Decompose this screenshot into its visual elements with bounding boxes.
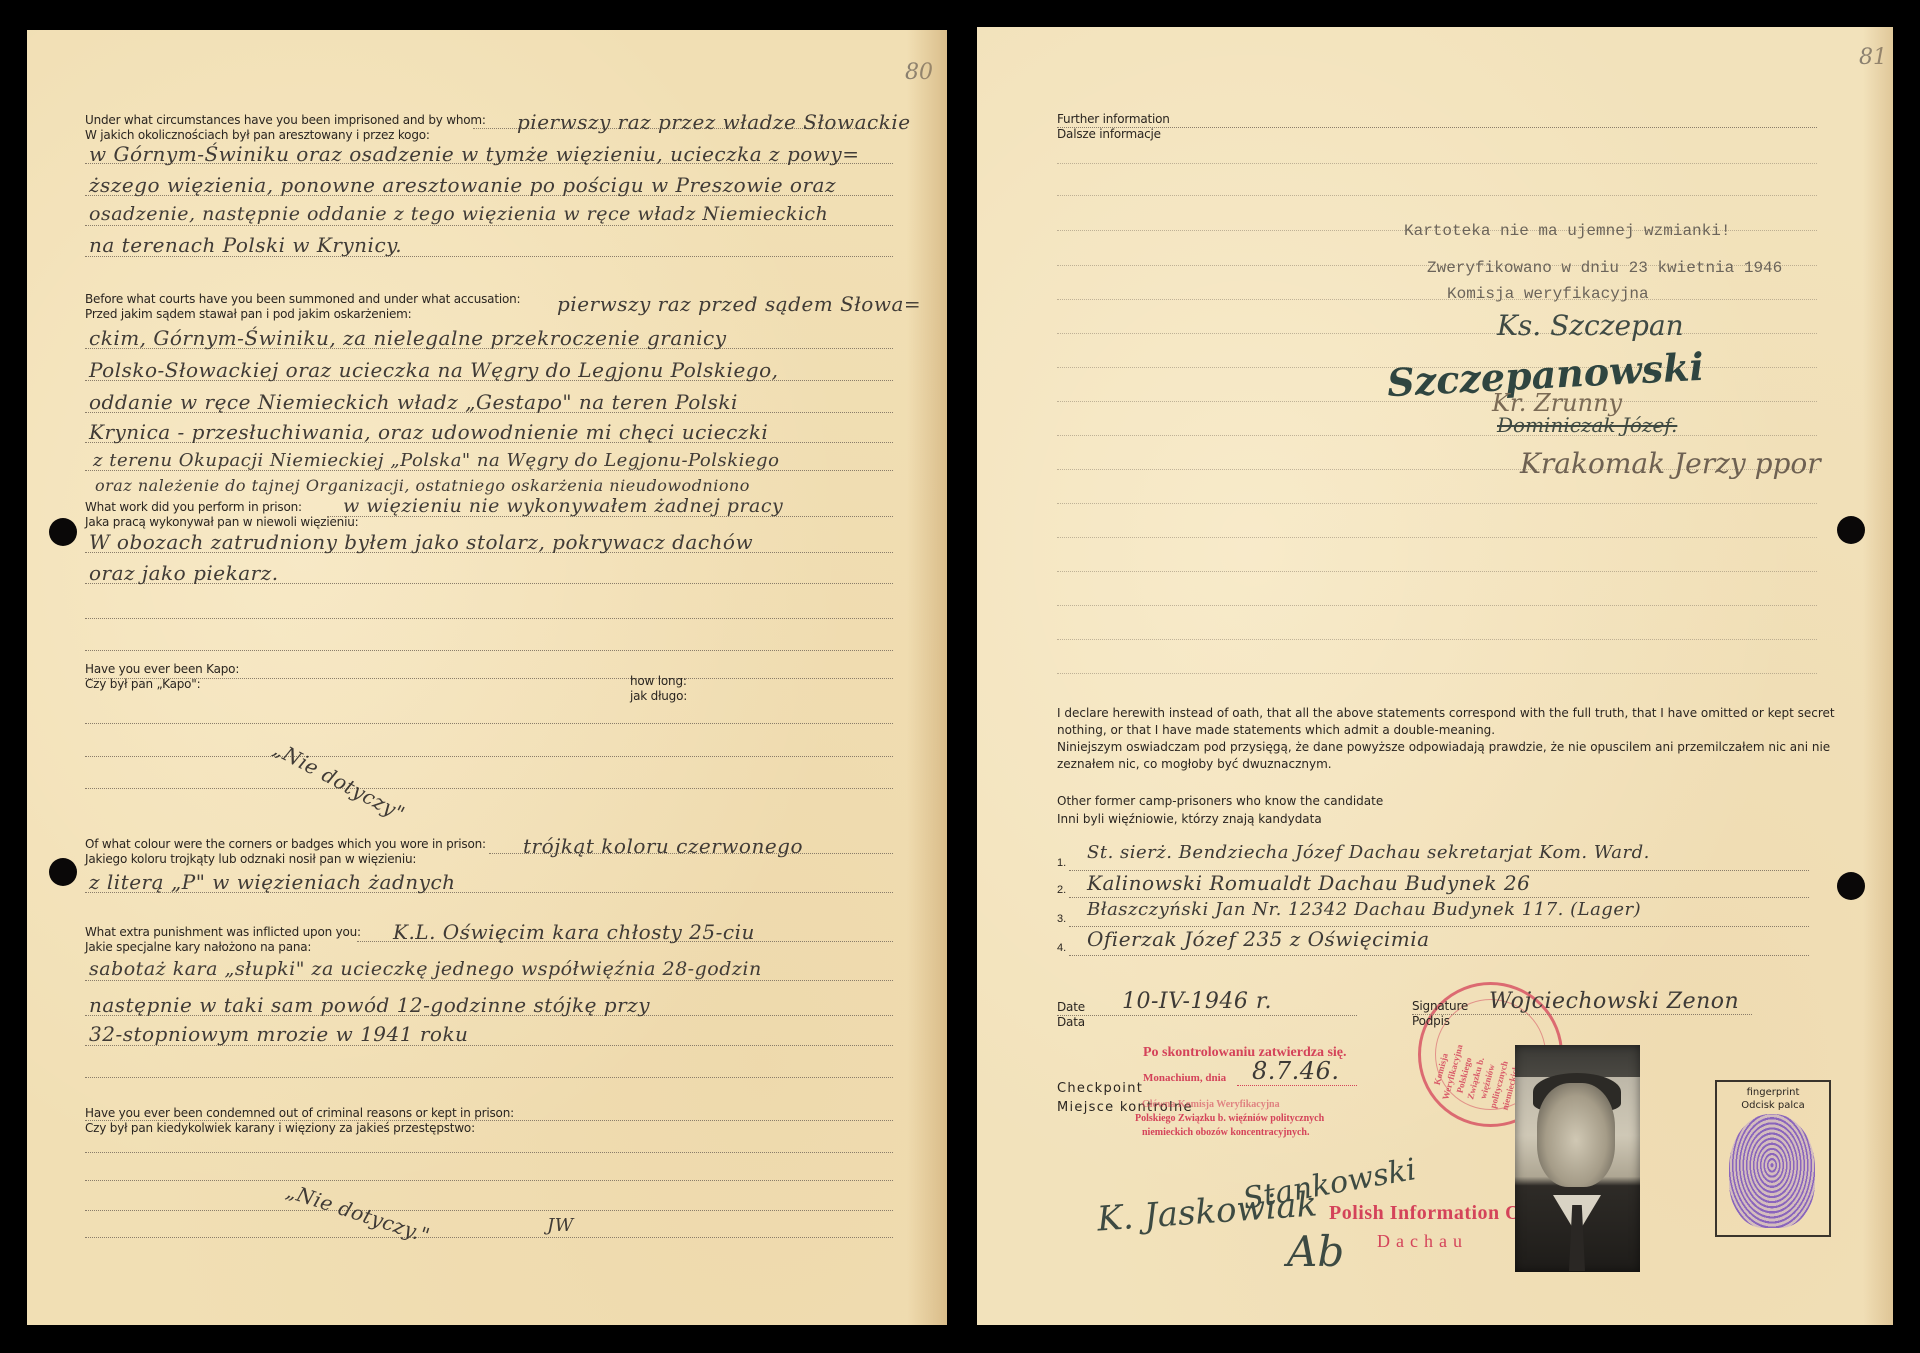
how-long-label-pl: jak długo:: [630, 689, 687, 704]
date-label-pl: Data: [1057, 1015, 1085, 1030]
punch-hole: [1837, 872, 1865, 900]
checkpoint-stamp-line3: Główna Komisja Weryfikacyjna: [1142, 1099, 1280, 1110]
imprisoned-answer-line-2: w Górnym-Świniku oraz osadzenie w tymże …: [89, 142, 859, 166]
bottom-signature-3: Ab: [1287, 1227, 1344, 1276]
answer-line: [85, 980, 893, 981]
courts-label-en: Before what courts have you been summone…: [85, 292, 520, 307]
courts-answer-line-5: Krynica - przesłuchiwania, oraz udowodni…: [89, 420, 768, 444]
courts-answer-line-7: oraz należenie do tajnej Organizacji, os…: [95, 476, 750, 495]
courts-answer-line-4: oddanie w ręce Niemieckich władz „Gestap…: [89, 390, 738, 414]
how-long-label-en: how long:: [630, 674, 687, 689]
punch-hole: [1837, 516, 1865, 544]
checkpoint-date: 8.7.46.: [1252, 1057, 1339, 1085]
answer-line: [85, 756, 893, 757]
answer-line: [1057, 435, 1817, 436]
witness-2: Kalinowski Romualdt Dachau Budynek 26: [1087, 871, 1530, 895]
answer-line: [85, 225, 893, 226]
punishment-answer-line-3: następnie w taki sam powód 12-godzinne s…: [89, 993, 650, 1017]
declaration-en: I declare herewith instead of oath, that…: [1057, 705, 1847, 739]
criminal-label-pl: Czy był pan kiedykolwiek karany i więzio…: [85, 1121, 514, 1136]
fingerprint-label-en: fingerprint: [1717, 1086, 1829, 1099]
answer-line: [1057, 299, 1817, 300]
answer-line: [1057, 605, 1817, 606]
fingerprint-icon: [1729, 1114, 1815, 1228]
candidate-photo: [1515, 1045, 1640, 1272]
witness-1: St. sierż. Bendziecha Józef Dachau sekre…: [1087, 842, 1650, 863]
typed-verified-date: Zweryfikowano w dniu 23 kwietnia 1946: [1427, 259, 1782, 277]
answer-line: [85, 723, 893, 724]
imprisoned-answer-line-1: pierwszy raz przez władze Słowackie: [517, 110, 911, 134]
imprisoned-answer-line-4: osadzenie, następnie oddanie z tego więz…: [89, 203, 828, 225]
checkpoint-label-en: Checkpoint: [1057, 1079, 1193, 1098]
photo-face: [1537, 1083, 1615, 1187]
imprisoned-label: Under what circumstances have you been i…: [85, 113, 486, 143]
witness-num: 4.: [1057, 942, 1066, 954]
kapo-label: Have you ever been Kapo: Czy był pan „Ka…: [85, 662, 239, 692]
work-label: What work did you perform in prison: Jak…: [85, 500, 358, 530]
answer-line: [85, 678, 893, 679]
answer-line: [85, 618, 893, 619]
courts-answer-line-6: z terenu Okupacji Niemieckiej „Polska" n…: [93, 450, 779, 471]
witness-num: 3.: [1057, 913, 1066, 925]
answer-line: [1057, 503, 1817, 504]
declaration: I declare herewith instead of oath, that…: [1057, 705, 1847, 773]
checkpoint-stamp-line5: niemieckich obozów koncentracyjnych.: [1142, 1127, 1310, 1138]
checkpoint-label: Checkpoint Miejsce kontrolne: [1057, 1079, 1193, 1117]
courts-label-pl: Przed jakim sądem stawał pan i pod jakim…: [85, 307, 520, 322]
signature-value: Wojciechowski Zenon: [1489, 989, 1739, 1014]
answer-line: [1057, 639, 1817, 640]
punch-hole: [49, 518, 77, 546]
answer-line: [1057, 571, 1817, 572]
punishment-label-pl: Jakie specjalne kary nałożono na pana:: [85, 940, 361, 955]
witness-4: Ofierzak Józef 235 z Oświęcimia: [1087, 927, 1430, 951]
imprisoned-label-en: Under what circumstances have you been i…: [85, 113, 486, 128]
answer-line: [1057, 195, 1817, 196]
office-stamp-line2: Dachau: [1377, 1231, 1468, 1252]
badges-answer-line-1: trójkąt koloru czerwonego: [523, 834, 803, 858]
date-value: 10-IV-1946 r.: [1122, 989, 1272, 1014]
courts-answer-line-1: pierwszy raz przed sądem Słowa=: [557, 292, 921, 316]
witness-num: 1.: [1057, 857, 1066, 869]
imprisoned-answer-line-5: na terenach Polski w Krynicy.: [89, 233, 402, 257]
courts-answer-line-3: Polsko-Słowackiej oraz ucieczka na Węgry…: [89, 358, 778, 382]
answer-line: [85, 1180, 893, 1181]
punch-hole: [49, 858, 77, 886]
typed-no-negative-record: Kartoteka nie ma ujemnej wzmianki!: [1404, 222, 1730, 240]
stamp-line: [1237, 1085, 1357, 1086]
criminal-initials: JW: [547, 1215, 574, 1236]
witnesses-label-en: Other former camp-prisoners who know the…: [1057, 792, 1383, 810]
answer-line: [85, 1077, 893, 1078]
courts-answer-line-2: ckim, Górnym-Świniku, za nielegalne prze…: [89, 326, 727, 350]
punishment-answer-line-2: sabotaż kara „słupki" za ucieczkę jedneg…: [89, 958, 762, 980]
committee-signature-4: Dominiczak Józef.: [1497, 413, 1677, 437]
answer-line: [1057, 1015, 1357, 1016]
badges-label-pl: Jakiego koloru trojkąty lub odznaki nosi…: [85, 852, 486, 867]
answer-line: [1412, 1014, 1752, 1015]
committee-signature-1: Ks. Szczepan: [1497, 309, 1684, 342]
answer-line: [85, 1120, 893, 1121]
declaration-pl: Niniejszym oswiadczam pod przysięgą, że …: [1057, 739, 1847, 773]
signature-label-pl: Podpis: [1412, 1014, 1468, 1029]
document-page-right: 81 Further information Dalsze informacje…: [977, 27, 1893, 1325]
kapo-answer: „Nie dotyczy": [269, 736, 409, 825]
answer-line: [1069, 897, 1809, 898]
work-answer-line-2: W obozach zatrudniony byłem jako stolarz…: [89, 530, 753, 554]
document-page-left: 80 Under what circumstances have you bee…: [27, 30, 947, 1325]
work-label-en: What work did you perform in prison:: [85, 500, 358, 515]
kapo-label-pl: Czy był pan „Kapo":: [85, 677, 239, 692]
imprisoned-answer-line-3: ższego więzienia, ponowne aresztowanie p…: [89, 173, 836, 197]
page-number: 80: [905, 60, 933, 85]
work-answer-line-3: oraz jako piekarz.: [89, 561, 279, 585]
criminal-label-en: Have you ever been condemned out of crim…: [85, 1106, 514, 1121]
answer-line: [1057, 333, 1817, 334]
fingerprint-box: fingerprint Odcisk palca: [1715, 1080, 1831, 1237]
courts-label: Before what courts have you been summone…: [85, 292, 520, 322]
witnesses-label: Other former camp-prisoners who know the…: [1057, 792, 1383, 828]
punishment-answer-line-1: K.L. Oświęcim kara chłosty 25-ciu: [393, 920, 755, 944]
signature-label-en: Signature: [1412, 999, 1468, 1014]
answer-line: [1057, 163, 1817, 164]
further-info-label-pl: Dalsze informacje: [1057, 127, 1170, 142]
answer-line: [85, 650, 893, 651]
witness-num: 2.: [1057, 884, 1066, 896]
answer-line: [1057, 673, 1817, 674]
work-label-pl: Jaka pracą wykonywał pan w niewoli więzi…: [85, 515, 358, 530]
imprisoned-label-pl: W jakich okolicznościach był pan areszto…: [85, 128, 486, 143]
witnesses-label-pl: Inni byli więźniowie, którzy znają kandy…: [1057, 810, 1383, 828]
work-answer-line-1: w więzieniu nie wykonywałem żadnej pracy: [343, 495, 783, 517]
page-number: 81: [1859, 45, 1887, 70]
answer-line: [1057, 537, 1817, 538]
how-long-label: how long: jak długo:: [630, 674, 687, 704]
answer-line: [85, 788, 893, 789]
answer-line: [85, 1152, 893, 1153]
punishment-label-en: What extra punishment was inflicted upon…: [85, 925, 361, 940]
badges-label-en: Of what colour were the corners or badge…: [85, 837, 486, 852]
badges-answer-line-2: z literą „P" w więzieniach żadnych: [89, 870, 456, 894]
further-info-label-en: Further information: [1057, 112, 1170, 127]
answer-line: [1057, 127, 1817, 128]
checkpoint-stamp-line4: Polskiego Związku b. więźniów polityczny…: [1135, 1113, 1324, 1124]
fingerprint-label-pl: Odcisk palca: [1717, 1099, 1829, 1112]
answer-line: [1069, 955, 1809, 956]
kapo-label-en: Have you ever been Kapo:: [85, 662, 239, 677]
criminal-label: Have you ever been condemned out of crim…: [85, 1106, 514, 1136]
punishment-label: What extra punishment was inflicted upon…: [85, 925, 361, 955]
typed-commission: Komisja weryfikacyjna: [1447, 285, 1649, 303]
committee-signature-5: Krakomak Jerzy ppor: [1520, 447, 1821, 480]
punishment-answer-line-4: 32-stopniowym mrozie w 1941 roku: [89, 1022, 468, 1046]
answer-line: [85, 1237, 893, 1238]
witness-3: Błaszczyński Jan Nr. 12342 Dachau Budyne…: [1087, 899, 1641, 920]
badges-label: Of what colour were the corners or badge…: [85, 837, 486, 867]
answer-line: [85, 1210, 893, 1211]
date-label-en: Date: [1057, 1000, 1085, 1015]
